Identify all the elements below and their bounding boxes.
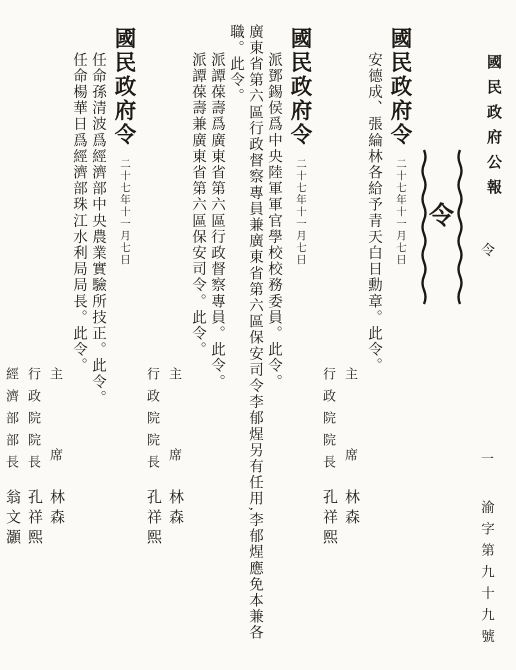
decree-header-column: 國民政府令 二十七年十一月七日 [385, 24, 414, 670]
signatory-title: 行政院院長 [143, 367, 162, 477]
decree-text-column: 安德成、張綸林各給予青天白日勳章。此令。 [366, 24, 382, 670]
decree-header-column: 國民政府令 二十七年十一月七日 [285, 24, 314, 670]
decree-date: 二十七年十一月七日 [395, 158, 406, 266]
decree-title: 國民政府令 [388, 27, 412, 147]
signatory-name: 孔祥熙 [143, 489, 164, 549]
decree-text-column: 派譚葆壽兼廣東省第六區保安司令。此令。 [190, 24, 206, 670]
decree-text-column: 派鄧錫侯爲中央陸軍軍官學校校務委員。此令。 [266, 24, 282, 670]
decree-header-column: 國民政府令 二十七年十一月七日 [109, 24, 138, 670]
signatory-name: 翁文灝 [2, 489, 23, 549]
signature-column: 主席 林森 [168, 24, 187, 670]
signature-column: 經濟部部長 翁文灝 [5, 24, 24, 670]
decree-text-column: 職。此令。 [228, 24, 244, 670]
signature-column: 主席 林森 [49, 24, 68, 670]
signatory-name: 孔祥熙 [319, 489, 340, 549]
decree-date: 二十七年十一月七日 [119, 158, 130, 266]
page-content: 國民政府公報 令 一 渝字第九十九號 令 國民政府令 二十七年十一月七日 安德成… [4, 24, 510, 670]
signatory-title: 行政院院長 [24, 367, 43, 477]
signatory-title: 經濟部部長 [2, 367, 21, 477]
decree-date: 二十七年十一月七日 [295, 158, 306, 266]
order-section-banner: 令 [418, 24, 466, 670]
signatory-title: 行政院院長 [319, 367, 338, 477]
issue-number: 渝字第九十九號 [476, 500, 496, 651]
decree-text-column: 派譚葆壽爲廣東省第六區行政督察專員。此令。 [209, 24, 225, 670]
gazette-page: 國民政府公報 令 一 渝字第九十九號 令 國民政府令 二十七年十一月七日 安德成… [0, 0, 516, 670]
signatory-name: 林森 [341, 489, 362, 529]
gazette-section-label: 令 [481, 240, 495, 260]
signature-column: 行政院院長 孔祥熙 [322, 24, 341, 670]
signature-column: 行政院院長 孔祥熙 [146, 24, 165, 670]
signatory-name: 孔祥熙 [24, 489, 45, 549]
page-number: 一 [481, 448, 494, 467]
signature-column: 行政院院長 孔祥熙 [27, 24, 46, 670]
decree-block: 國民政府令 二十七年十一月七日 安德成、張綸林各給予青天白日勳章。此令。 主席 … [322, 24, 414, 670]
section-banner-label: 令 [429, 196, 454, 232]
decree-title: 國民政府令 [112, 27, 136, 147]
decree-title: 國民政府令 [288, 27, 312, 147]
gazette-title: 國民政府公報 [483, 54, 504, 204]
decree-block: 國民政府令 二十七年十一月七日 任命孫清波爲經濟部中央農業實驗所技正。此令。 任… [5, 24, 138, 670]
decree-text-column: 任命孫清波爲經濟部中央農業實驗所技正。此令。 [90, 24, 106, 670]
signatory-name: 林森 [165, 489, 186, 529]
decree-block: 國民政府令 二十七年十一月七日 派鄧錫侯爲中央陸軍軍官學校校務委員。此令。 廣東… [146, 24, 314, 670]
decree-text-column: 任命楊華日爲經濟部珠江水利局局長。此令。 [71, 24, 87, 670]
signature-column: 主席 林森 [344, 24, 363, 670]
signatory-name: 林森 [46, 489, 67, 529]
masthead-strip: 國民政府公報 令 一 渝字第九十九號 [466, 24, 510, 670]
decree-text-column: 廣東省第六區行政督察專員兼廣東省第六區保安司令李郁煋另有任用,李郁煋應免本兼各 [247, 24, 263, 670]
